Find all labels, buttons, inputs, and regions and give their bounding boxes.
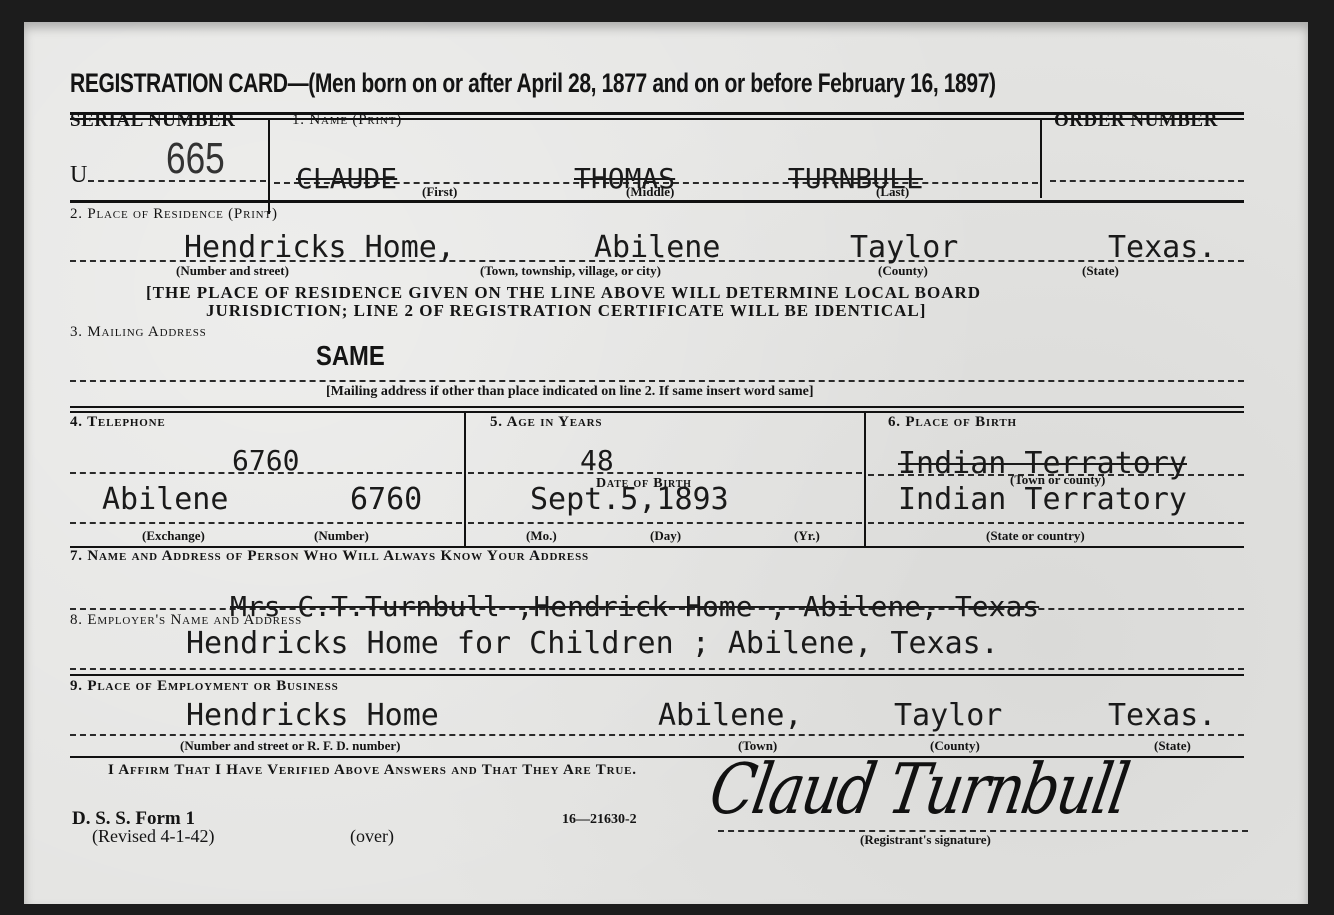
telephone-age-divider (464, 412, 466, 546)
age-label: 5. Age in Years (490, 414, 602, 431)
serial-underline (88, 180, 266, 182)
residence-county-caption: (County) (878, 263, 928, 279)
mailing-address-value: SAME (316, 340, 385, 372)
row3-rule-bottom (70, 411, 1244, 413)
employment-street-caption: (Number and street or R. F. D. number) (180, 738, 401, 754)
age-birth-divider (864, 412, 866, 546)
form-revised-date: (Revised 4-1-42) (92, 826, 214, 847)
residence-town: Abilene (594, 230, 720, 265)
card-title: REGISTRATION CARD—(Men born on or after … (70, 68, 996, 99)
name-middle-caption: (Middle) (626, 184, 674, 200)
age-underline (468, 472, 862, 474)
employment-state-caption: (State) (1154, 738, 1191, 754)
employment-street: Hendricks Home (186, 698, 439, 733)
employment-town: Abilene, (658, 698, 803, 733)
residence-county: Taylor (850, 230, 958, 265)
order-divider (1040, 120, 1042, 198)
telephone-number-caption: (Number) (314, 528, 369, 544)
serial-number-label: SERIAL NUMBER (70, 110, 235, 132)
telephone-struck-value: 6760 (232, 444, 299, 477)
registration-card: REGISTRATION CARD—(Men born on or after … (24, 22, 1308, 904)
serial-prefix: U (70, 162, 87, 189)
mailing-underline (70, 380, 1244, 382)
residence-town-caption: (Town, township, village, or city) (480, 263, 661, 279)
residence-street: Hendricks Home, (184, 230, 455, 265)
telephone-number: 6760 (350, 482, 422, 517)
name-last-caption: (Last) (876, 184, 909, 200)
telephone-underline-2 (70, 522, 462, 524)
name-first: CLAUDE (296, 162, 397, 195)
place-of-employment-label: 9. Place of Employment or Business (70, 678, 339, 695)
employer-value: Hendricks Home for Children ; Abilene, T… (186, 626, 999, 661)
employment-underline (70, 734, 1244, 736)
employment-county: Taylor (894, 698, 1002, 733)
name-label: 1. Name (Print) (292, 112, 402, 129)
birth-state-caption: (State or country) (986, 528, 1085, 544)
order-number-field (1050, 180, 1244, 182)
residence-street-caption: (Number and street) (176, 263, 289, 279)
print-code: 16—21630-2 (562, 812, 637, 828)
age-value: 48 (580, 444, 614, 477)
dob-underline (468, 522, 862, 524)
serial-number-value: 665 (166, 134, 225, 184)
row1-bottom-rule (70, 200, 1244, 203)
name-first-caption: (First) (422, 184, 457, 200)
contact-person-value: Mrs C.T.Turnbull ,Hendrick Home , Abilen… (230, 590, 1039, 623)
mailing-address-label: 3. Mailing Address (70, 324, 207, 341)
telephone-exchange-caption: (Exchange) (142, 528, 205, 544)
signature-caption: (Registrant's signature) (860, 832, 991, 848)
residence-label: 2. Place of Residence (Print) (70, 206, 278, 223)
row3-rule-top (70, 406, 1244, 408)
mailing-address-caption: [Mailing address if other than place ind… (326, 384, 814, 400)
jurisdiction-notice-line2: JURISDICTION; LINE 2 OF REGISTRATION CER… (206, 301, 926, 321)
residence-state: Texas. (1108, 230, 1216, 265)
dob-year-caption: (Yr.) (794, 528, 820, 544)
birth-state-value: Indian Terratory (898, 482, 1187, 517)
contact-person-label: 7. Name and Address of Person Who Will A… (70, 548, 589, 565)
affirmation-text: I Affirm That I Have Verified Above Answ… (108, 762, 637, 779)
order-number-label: ORDER NUMBER (1054, 110, 1218, 132)
row8-bottom-rule (70, 674, 1244, 676)
employer-underline (70, 668, 1244, 670)
telephone-exchange: Abilene (102, 482, 228, 517)
jurisdiction-notice-line1: [THE PLACE OF RESIDENCE GIVEN ON THE LIN… (146, 283, 981, 303)
residence-state-caption: (State) (1082, 263, 1119, 279)
employment-state: Texas. (1108, 698, 1216, 733)
dob-month-caption: (Mo.) (526, 528, 557, 544)
date-of-birth-value: Sept.5,1893 (530, 482, 729, 517)
registrant-signature: Claud Turnbull (704, 748, 1134, 830)
birth-state-underline (868, 522, 1244, 524)
telephone-label: 4. Telephone (70, 414, 165, 431)
dob-day-caption: (Day) (650, 528, 681, 544)
place-of-birth-label: 6. Place of Birth (888, 414, 1017, 431)
over-note: (over) (350, 826, 394, 847)
